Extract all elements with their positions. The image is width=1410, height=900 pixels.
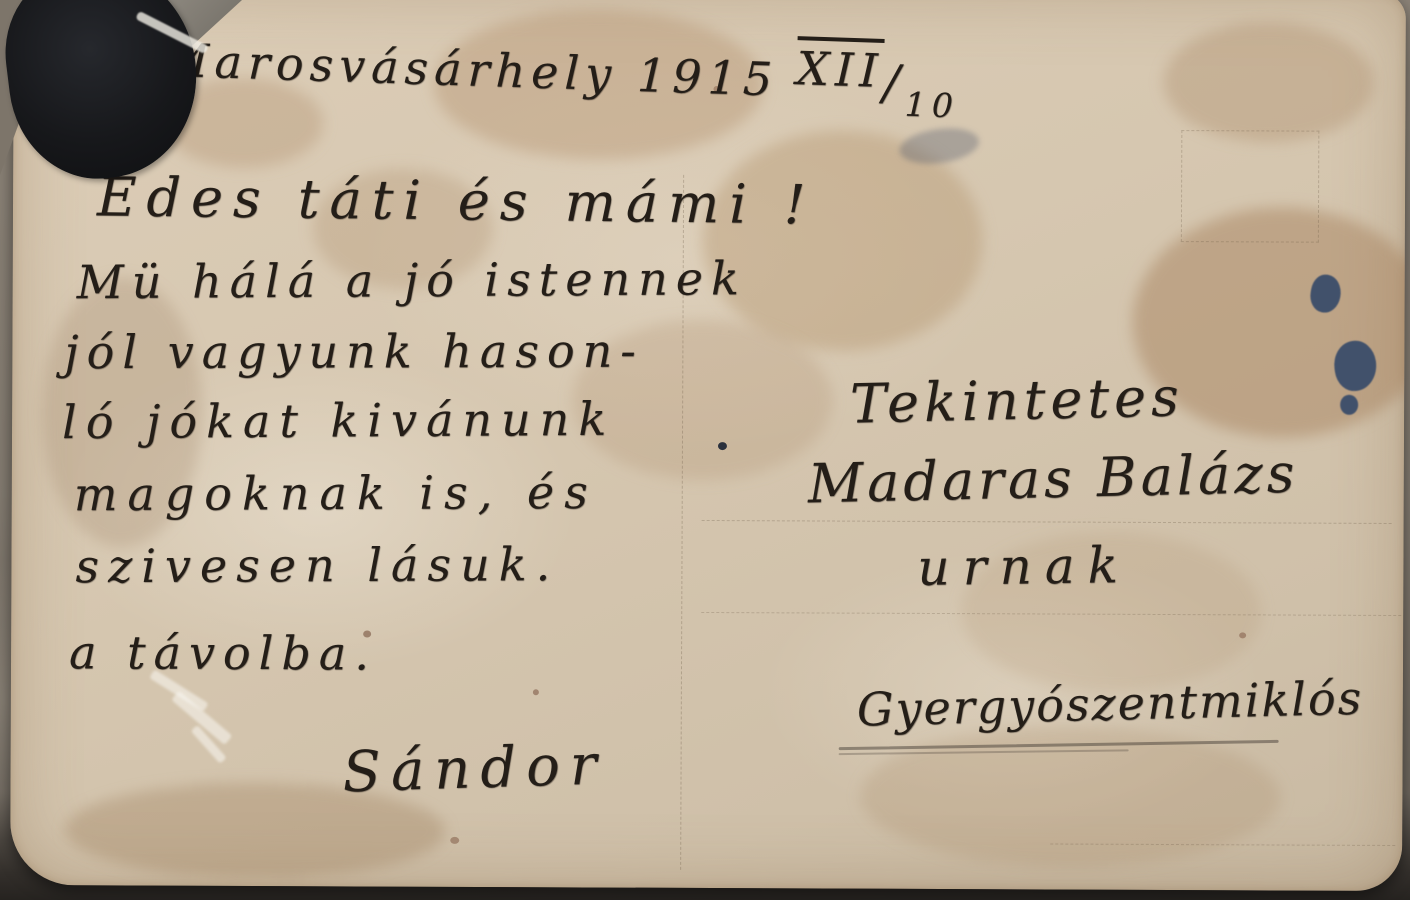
stain: [702, 130, 983, 351]
speck: [1239, 632, 1246, 638]
salutation: Édes táti és mámi !: [97, 165, 816, 236]
dateline-month: XII: [796, 36, 885, 98]
stamp-box-outline: [1181, 130, 1319, 243]
address-line: [702, 520, 1392, 524]
dateline-day: 10: [904, 85, 959, 126]
recipient-line: Madaras Balázs: [807, 442, 1299, 516]
message-line: magoknak is, és: [74, 465, 598, 521]
dateline-year: 1915: [636, 48, 779, 107]
message-line: jól vagyunk hason-: [64, 324, 644, 380]
signature: Sándor: [342, 732, 608, 805]
message-line: szivesen lásuk.: [75, 537, 559, 593]
ink-dot: [718, 442, 727, 450]
speck: [450, 837, 459, 844]
ink-blot: [1340, 395, 1358, 415]
postcard-photo: Marosvásárhely1915XII/10 Édes táti és má…: [0, 0, 1410, 900]
stain: [1163, 22, 1374, 143]
dateline-date-fraction: XII/10: [795, 48, 960, 113]
message-line: Mü hálá a jó istennek: [77, 251, 747, 309]
speck: [533, 689, 539, 695]
message-line: a távolba.: [69, 625, 377, 680]
message-line: ló jókat kivánunk: [62, 392, 615, 449]
destination: Gyergyószentmiklós: [856, 671, 1364, 737]
postcard: Marosvásárhely1915XII/10 Édes táti és má…: [10, 0, 1406, 891]
recipient-line: urnak: [917, 536, 1131, 597]
recipient-line: Tekintetes: [849, 365, 1184, 435]
dateline-fraction-slash: /: [882, 55, 906, 112]
